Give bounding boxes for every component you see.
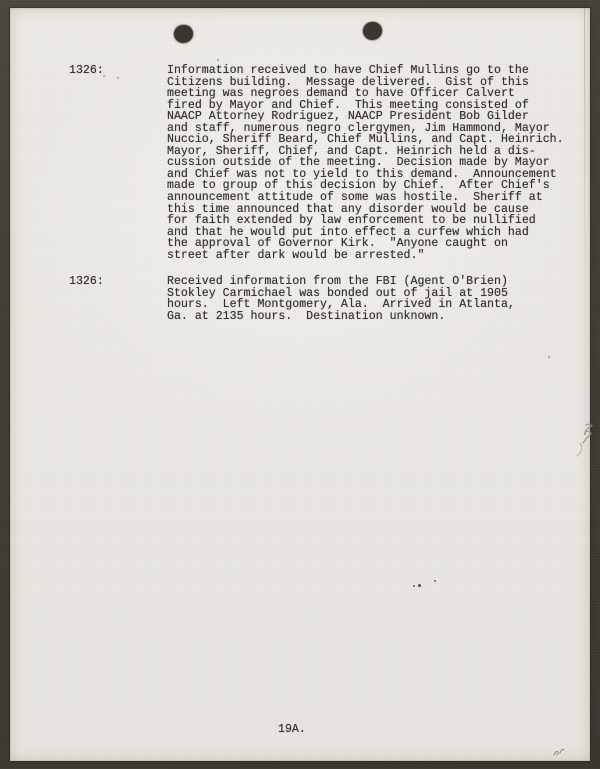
document-paper: 1326: Information received to have Chief… (10, 8, 590, 761)
entry-time-label: 1326: (69, 276, 167, 288)
page-number: 19A. (278, 724, 306, 736)
entry-body-text: Received information from the FBI (Agent… (167, 276, 515, 322)
log-entry: 1326: Information received to have Chief… (69, 65, 564, 261)
entry-body-text: Information received to have Chief Mulli… (167, 65, 564, 261)
punch-hole-right (363, 22, 382, 40)
log-entry: 1326: Received information from the FBI … (69, 276, 564, 322)
corner-scribble-mark (552, 746, 568, 758)
ink-speck (103, 75, 105, 77)
pencil-squiggle-mark (568, 421, 596, 461)
paper-edge-crease (584, 8, 585, 328)
entry-time-label: 1326: (69, 65, 167, 77)
ink-speck (418, 584, 421, 587)
log-entries: 1326: Information received to have Chief… (69, 65, 564, 322)
ink-speck (117, 77, 119, 79)
ink-speck (413, 585, 415, 587)
ink-speck (434, 580, 436, 582)
ink-speck (217, 59, 219, 61)
scanned-document: 1326: Information received to have Chief… (0, 0, 600, 769)
punch-hole-left (174, 25, 193, 43)
ink-speck (548, 356, 550, 358)
